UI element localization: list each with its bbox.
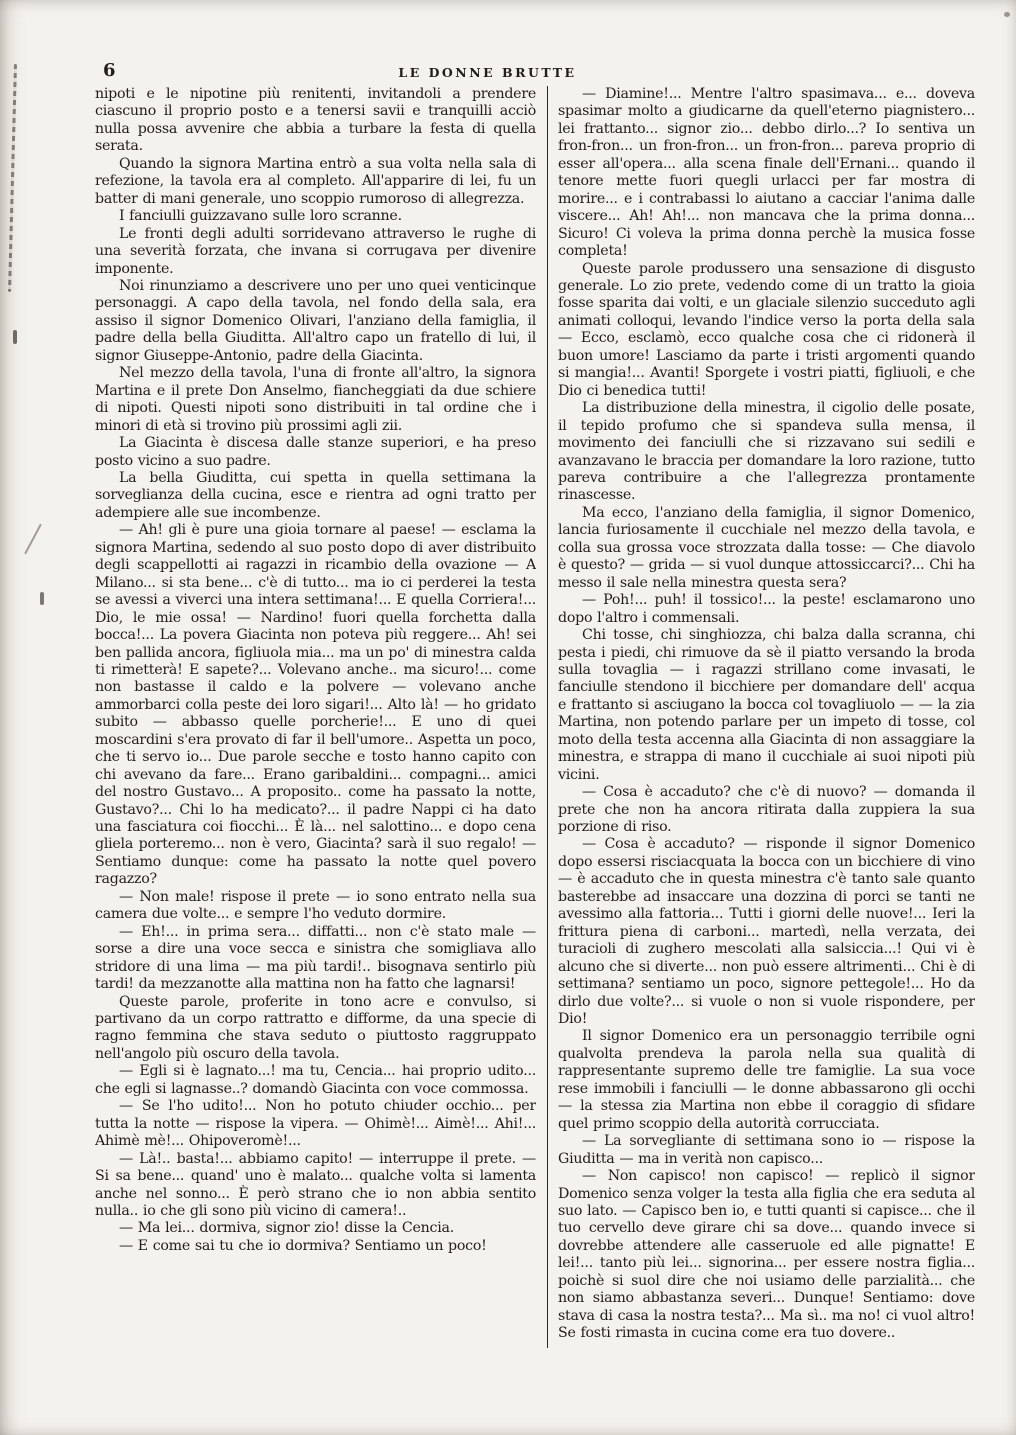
- paragraph: La Giacinta è discesa dalle stanze super…: [95, 435, 536, 470]
- paragraph: — Cosa è accaduto? che c'è di nuovo? — d…: [558, 784, 975, 836]
- paragraph: — Cosa è accaduto? — risponde il signor …: [558, 836, 975, 1028]
- paragraph: — Egli si è lagnato...! ma tu, Cencia...…: [95, 1063, 536, 1098]
- running-title: LE DONNE BRUTTE: [95, 65, 880, 80]
- margin-pen-mark: [8, 64, 17, 292]
- paragraph: Le fronti degli adulti sorridevano attra…: [95, 226, 536, 278]
- paragraph: — Se l'ho udito!... Non ho potuto chiude…: [95, 1098, 536, 1150]
- right-column: — Diamine!... Mentre l'altro spasimava..…: [558, 86, 975, 1376]
- paragraph: — Diamine!... Mentre l'altro spasimava..…: [558, 86, 975, 261]
- paragraph: La distribuzione della minestra, il cigo…: [558, 400, 975, 505]
- paragraph: Noi rinunziamo a descrivere uno per uno …: [95, 278, 536, 365]
- page-header: 6 LE DONNE BRUTTE: [95, 60, 975, 86]
- paragraph: — E come sai tu che io dormiva? Sentiamo…: [95, 1238, 536, 1255]
- paragraph: — La sorvegliante di settimana sono io —…: [558, 1133, 975, 1168]
- paragraph: Quando la signora Martina entrò a sua vo…: [95, 156, 536, 208]
- paragraph: Nel mezzo della tavola, l'una di fronte …: [95, 365, 536, 435]
- paragraph: — Eh!... in prima sera... diffatti... no…: [95, 924, 536, 994]
- paragraph: Chi tosse, chi singhiozza, chi balza dal…: [558, 627, 975, 784]
- column-divider-rule: [547, 86, 548, 1348]
- margin-slash-mark: [24, 524, 42, 555]
- paragraph: — Ma lei... dormiva, signor zio! disse l…: [95, 1220, 536, 1237]
- paragraph: — Là!.. basta!... abbiamo capito! — inte…: [95, 1151, 536, 1221]
- corner-ink-speck: [1004, 12, 1010, 17]
- paragraph: Queste parole, proferite in tono acre e …: [95, 994, 536, 1064]
- paragraph: La bella Giuditta, cui spetta in quella …: [95, 470, 536, 522]
- book-page: 6 LE DONNE BRUTTE nipoti e le nipotine p…: [0, 0, 1016, 1435]
- paragraph: — Ah! gli è pure una gioia tornare al pa…: [95, 522, 536, 889]
- paragraph: I fanciulli guizzavano sulle loro scrann…: [95, 208, 536, 225]
- paragraph: — Poh!... puh! il tossico!... la peste! …: [558, 592, 975, 627]
- paragraph: — Non capisco! non capisco! — replicò il…: [558, 1168, 975, 1343]
- paragraph: nipoti e le nipotine più renitenti, invi…: [95, 86, 536, 156]
- paragraph: Queste parole produssero una sensazione …: [558, 261, 975, 401]
- paragraph: Il signor Domenico era un personaggio te…: [558, 1028, 975, 1133]
- margin-ink-dash: [40, 592, 44, 605]
- paragraph: Ma ecco, l'anziano della famiglia, il si…: [558, 505, 975, 592]
- margin-ink-dash: [13, 330, 17, 344]
- left-column: nipoti e le nipotine più renitenti, invi…: [95, 86, 536, 1376]
- paragraph: — Non male! rispose il prete — io sono e…: [95, 889, 536, 924]
